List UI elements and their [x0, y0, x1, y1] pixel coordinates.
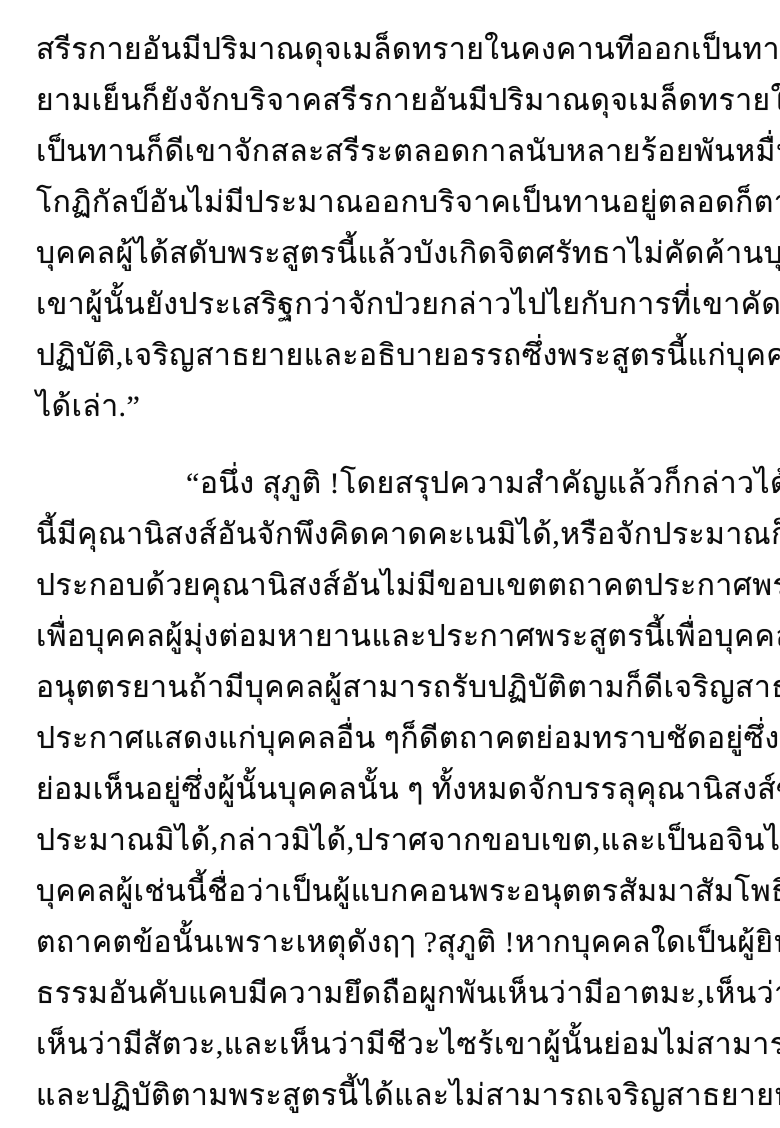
- text-segment: ก็กล่าวได้ว่าพระสูตร: [664, 458, 780, 509]
- text-line: ธรรมอันคับแคบมีความยึดถือผูกพันเห็นว่ามี…: [36, 968, 766, 1019]
- text-segment: และประกาศพระสูตรนี้เพื่อบุคคลผู้มุ่งต่อ: [371, 611, 780, 662]
- document-text: สรีรกายอันมีปริมาณดุจเมล็ดทรายในคงคานทีอ…: [36, 24, 766, 1121]
- text-line: ยามเย็นก็ยังจักบริจาคสรีรกายอันมีปริมาณด…: [36, 75, 766, 126]
- text-segment: หากบุคคลใดเป็นผู้ยินดีใน: [515, 917, 780, 968]
- text-line: เป็นทานก็ดีเขาจักสละสรีระตลอดกาลนับหลายร…: [36, 126, 766, 177]
- text-line: บุคคลผู้เช่นนี้ชื่อว่าเป็นผู้แบกคอนพระอน…: [36, 866, 766, 917]
- text-line: ประกอบด้วยคุณานิสงส์อันไม่มีขอบเขตตถาคตป…: [36, 560, 766, 611]
- text-line: “อนึ่ง สุภูติ !โดยสรุปความสำคัญแล้วก็กล่…: [36, 458, 766, 509]
- text-segment: ธรรมอันคับแคบ: [36, 968, 248, 1019]
- text-segment: นี้: [36, 509, 57, 560]
- text-segment: มีคุณานิสงส์อันจักพึงคิดคาดคะเนมิได้,: [57, 509, 560, 560]
- text-line: บุคคลผู้ได้สดับพระสูตรนี้แล้วบังเกิดจิตศ…: [36, 228, 766, 279]
- text-segment: “อนึ่ง สุภูติ !: [186, 458, 340, 509]
- text-segment: ประกอบด้วยคุณานิสงส์อันไม่มีขอบเขต: [36, 560, 547, 611]
- text-segment: และเป็นอจินไตย: [601, 815, 780, 866]
- text-line: ประกาศแสดงแก่บุคคลอื่น ๆก็ดีตถาคตย่อมทรา…: [36, 713, 766, 764]
- text-segment: โดยสรุปความสำคัญแล้ว: [340, 458, 664, 509]
- text-segment: ปฏิบัติ,: [36, 330, 124, 381]
- text-segment: ปราศจากขอบเขต,: [355, 815, 601, 866]
- text-segment: อนุตตรยาน: [36, 662, 189, 713]
- text-segment: ก็ดี: [400, 713, 439, 764]
- text-line: เพื่อบุคคลผู้มุ่งต่อมหายานและประกาศพระสู…: [36, 611, 766, 662]
- text-segment: นับหลายร้อยพันหมื่น: [526, 126, 780, 177]
- paragraph: สรีรกายอันมีปริมาณดุจเมล็ดทรายในคงคานทีอ…: [36, 24, 766, 432]
- text-segment: และไม่สามารถเจริญสาธยายหรือประกาศ: [394, 1070, 780, 1121]
- text-segment: โกฏิกัลป์อันไม่มีประมาณ: [36, 177, 363, 228]
- text-segment: เห็นว่ามีสัตวะ,: [36, 1019, 224, 1070]
- text-segment: และปฏิบัติตามพระสูตรนี้ได้: [36, 1070, 394, 1121]
- text-segment: หรือจักประมาณก็มิได้: [560, 509, 780, 560]
- text-segment: เห็นว่ามีบุคคละ,: [705, 968, 780, 1019]
- text-line: ปฏิบัติ,เจริญสาธยายและอธิบายอรรถซึ่งพระส…: [36, 330, 766, 381]
- text-segment: กล่าวมิได้,: [219, 815, 355, 866]
- text-segment: เขาผู้นั้นยังประเสริฐกว่า: [36, 279, 348, 330]
- text-segment: บุคคลผู้เช่นนี้ชื่อว่าเป็นผู้แบกคอนพระอน…: [36, 866, 780, 917]
- text-segment: เขาจักสละสรีระตลอดกาล: [185, 126, 526, 177]
- text-segment: บุญกุศลของ: [764, 228, 780, 279]
- text-segment: และเห็นว่ามีชีวะไซร้: [224, 1019, 494, 1070]
- text-segment: ยามเย็นก็ยังจักบริจาคสรีรกายอันมีปริมาณด…: [36, 75, 780, 126]
- text-line: สรีรกายอันมีปริมาณดุจเมล็ดทรายในคงคานทีอ…: [36, 24, 766, 75]
- text-segment: เจริญสาธยายและอธิบายอรรถซึ่งพระสูตรนี้แก…: [124, 330, 780, 381]
- text-segment: เจริญสาธยายก็ดี: [664, 662, 780, 713]
- text-line: เห็นว่ามีสัตวะ,และเห็นว่ามีชีวะไซร้เขาผู…: [36, 1019, 766, 1070]
- text-segment: ตถาคตย่อมทราบชัดอยู่ซึ่งผู้นั้น,: [439, 713, 780, 764]
- text-segment: จักป่วยกล่าวไปไยกับการที่เขาคัดลอก,: [348, 279, 780, 330]
- text-line: นี้มีคุณานิสงส์อันจักพึงคิดคาดคะเนมิได้,…: [36, 509, 766, 560]
- text-line: อนุตตรยานถ้ามีบุคคลผู้สามารถรับปฏิบัติตา…: [36, 662, 766, 713]
- text-segment: ข้อนั้นเพราะเหตุดังฤๅ ?: [133, 917, 438, 968]
- text-line: ตถาคตข้อนั้นเพราะเหตุดังฤๅ ?สุภูติ !หากบ…: [36, 917, 766, 968]
- text-line: ได้เล่า.”: [36, 381, 766, 432]
- text-segment: ออกบริจาคเป็นทานอยู่ตลอดก็ตาม: [363, 177, 780, 228]
- text-segment: ตถาคต: [36, 917, 133, 968]
- text-segment: ถ้ามีบุคคลผู้สามารถรับปฏิบัติตามก็ดี: [189, 662, 664, 713]
- text-line: เขาผู้นั้นยังประเสริฐกว่าจักป่วยกล่าวไปไ…: [36, 279, 766, 330]
- document-page: สรีรกายอันมีปริมาณดุจเมล็ดทรายในคงคานทีอ…: [0, 0, 780, 1128]
- text-segment: เขาผู้นั้นย่อมไม่สามารถรับฟัง: [494, 1019, 780, 1070]
- text-segment: ได้เล่า.”: [36, 381, 140, 432]
- text-segment: ย่อมเห็นอยู่ซึ่งผู้นั้น: [36, 764, 278, 815]
- text-segment: สรีรกายอันมีปริมาณดุจเมล็ดทรายในคงคานทีอ…: [36, 24, 780, 75]
- text-segment: เป็นทานก็ดี: [36, 126, 185, 177]
- text-segment: เพื่อบุคคลผู้มุ่งต่อมหายาน: [36, 611, 371, 662]
- paragraph: “อนึ่ง สุภูติ !โดยสรุปความสำคัญแล้วก็กล่…: [36, 458, 766, 1121]
- text-line: และปฏิบัติตามพระสูตรนี้ได้และไม่สามารถเจ…: [36, 1070, 766, 1121]
- text-segment: สุภูติ !: [437, 917, 515, 968]
- text-line: ย่อมเห็นอยู่ซึ่งผู้นั้นบุคคลนั้น ๆ ทั้งห…: [36, 764, 766, 815]
- text-segment: ซึ่ง: [776, 764, 780, 815]
- text-segment: มีความยึดถือผูกพันเห็นว่ามีอาตมะ,: [248, 968, 705, 1019]
- text-segment: ประกาศแสดงแก่บุคคลอื่น ๆ: [36, 713, 400, 764]
- text-line: โกฏิกัลป์อันไม่มีประมาณออกบริจาคเป็นทานอ…: [36, 177, 766, 228]
- text-segment: บุคคลผู้ได้สดับพระสูตรนี้แล้วบังเกิดจิตศ…: [36, 228, 764, 279]
- text-segment: ตถาคตประกาศพระสูตรนี้: [547, 560, 780, 611]
- text-line: ประมาณมิได้,กล่าวมิได้,ปราศจากขอบเขต,และ…: [36, 815, 766, 866]
- text-segment: บุคคลนั้น ๆ ทั้งหมดจักบรรลุคุณานิสงส์: [278, 764, 777, 815]
- text-segment: ประมาณมิได้,: [36, 815, 219, 866]
